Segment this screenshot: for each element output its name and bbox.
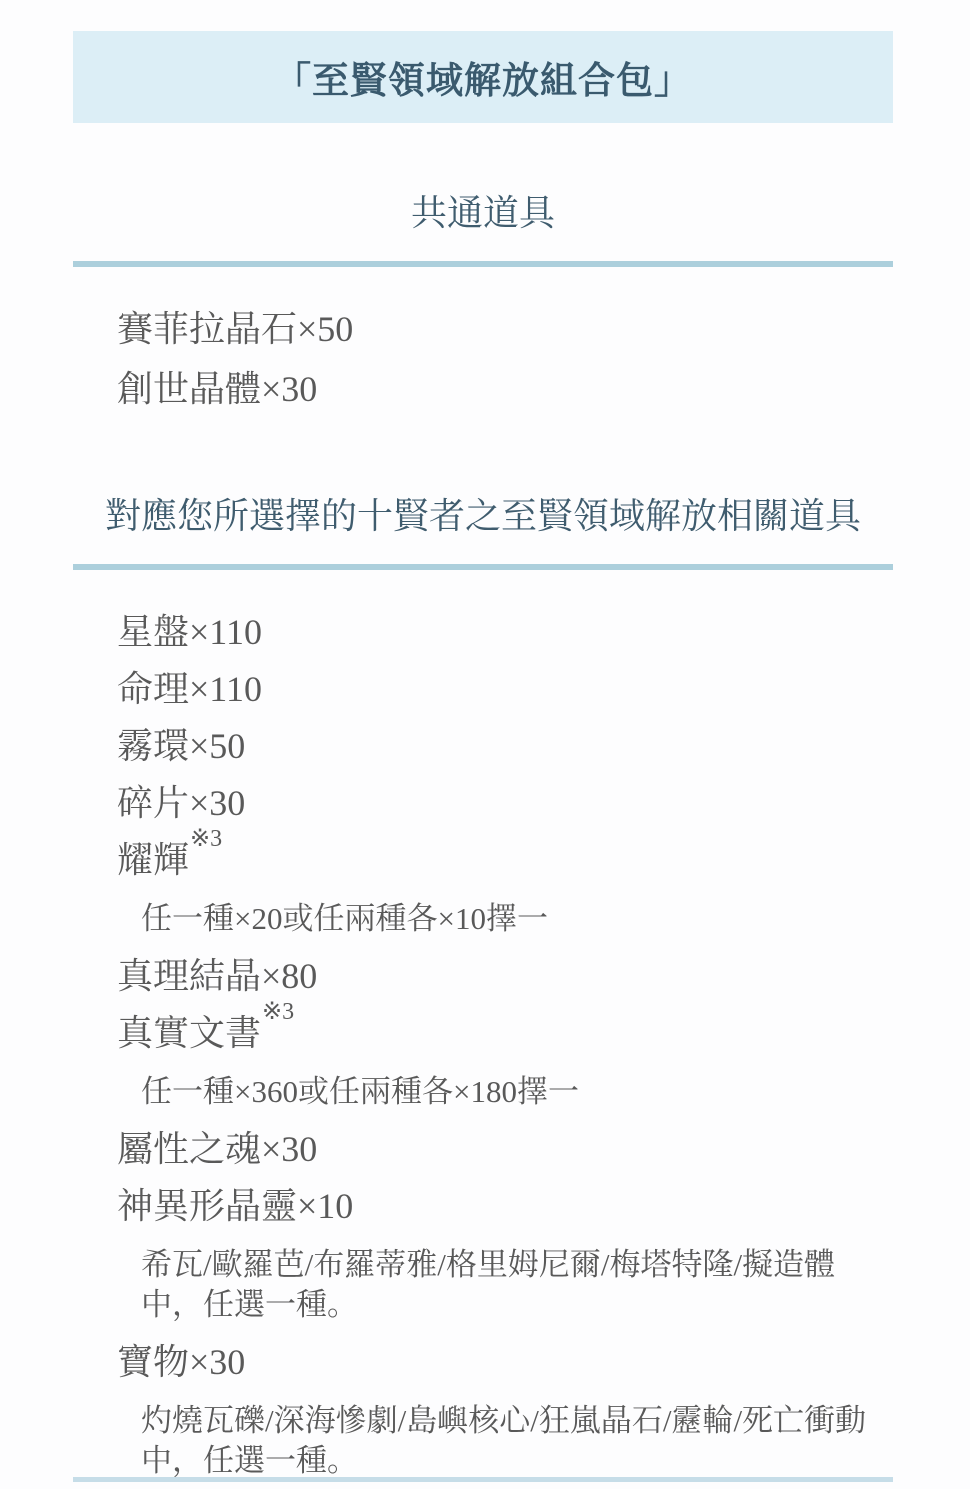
item-text: 寶物×30 (117, 1342, 245, 1382)
list-item: 真實文書※3 (117, 1015, 893, 1051)
list-item: 霧環×50 (117, 728, 893, 764)
list-item: 星盤×110 (117, 614, 893, 650)
item-text: 耀輝 (117, 840, 189, 880)
item-note: 任一種×20或任兩種各×10擇一 (141, 899, 893, 939)
bundle-page-content: 「至賢領域解放組合包」 共通道具 賽菲拉晶石×50 創世晶體×30 對應您所選擇… (73, 31, 893, 1481)
list-item: 創世晶體×30 (117, 371, 893, 407)
list-item: 神異形晶靈×10 (117, 1188, 893, 1224)
item-note: 灼燒瓦礫/深海慘劇/島嶼核心/狂嵐晶石/靂輪/死亡衝動 中，任選一種。 (141, 1401, 893, 1481)
item-text: 屬性之魂×30 (117, 1129, 317, 1169)
item-text: 神異形晶靈×10 (117, 1186, 353, 1226)
common-item-list: 賽菲拉晶石×50 創世晶體×30 (73, 311, 893, 407)
title-banner: 「至賢領域解放組合包」 (73, 31, 893, 123)
footnote-marker: ※3 (190, 826, 222, 852)
section-common-items: 共通道具 賽菲拉晶石×50 創世晶體×30 (73, 195, 893, 407)
separator-line (73, 261, 893, 267)
list-item: 寶物×30 (117, 1344, 893, 1380)
list-item: 屬性之魂×30 (117, 1131, 893, 1167)
item-text: 創世晶體×30 (117, 369, 317, 409)
common-items-heading: 共通道具 (73, 195, 893, 231)
item-text: 真實文書 (117, 1013, 261, 1053)
list-item: 真理結晶×80 (117, 958, 893, 994)
item-note: 任一種×360或任兩種各×180擇一 (141, 1072, 893, 1112)
item-note: 希瓦/歐羅芭/布羅蒂雅/格里姆尼爾/梅塔特隆/擬造體 中，任選一種。 (141, 1245, 893, 1325)
sage-item-list: 星盤×110 命理×110 霧環×50 碎片×30 耀輝※3 任一種×20或任兩… (73, 614, 893, 1481)
bottom-separator-line (73, 1477, 893, 1482)
list-item: 賽菲拉晶石×50 (117, 311, 893, 347)
sage-items-heading: 對應您所選擇的十賢者之至賢領域解放相關道具 (73, 498, 893, 534)
item-text: 真理結晶×80 (117, 956, 317, 996)
item-text: 霧環×50 (117, 726, 245, 766)
list-item: 耀輝※3 (117, 842, 893, 878)
item-text: 碎片×30 (117, 783, 245, 823)
page-title: 「至賢領域解放組合包」 (274, 50, 692, 104)
item-text: 賽菲拉晶石×50 (117, 309, 353, 349)
list-item: 碎片×30 (117, 785, 893, 821)
item-text: 命理×110 (117, 669, 262, 709)
footnote-marker: ※3 (262, 999, 294, 1025)
separator-line (73, 564, 893, 570)
section-sage-items: 對應您所選擇的十賢者之至賢領域解放相關道具 星盤×110 命理×110 霧環×5… (73, 498, 893, 1481)
item-text: 星盤×110 (117, 612, 262, 652)
list-item: 命理×110 (117, 671, 893, 707)
